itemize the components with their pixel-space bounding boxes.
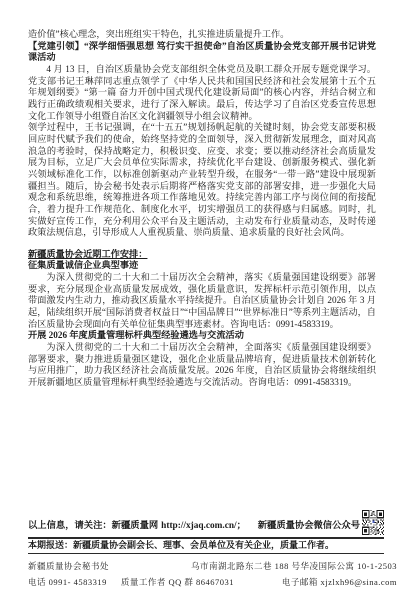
footer-contact-row-1: 新疆质量协会秘书处 乌市南湖北路东二巷 188 号华凌国际公寓 10-1-250… [28, 561, 397, 571]
section-heading-underline: 新疆质量协会近期工作安排： [28, 249, 376, 261]
follow-label: 以上信息，请关注：新疆质量网 [28, 520, 158, 532]
footer-contact-row-2: 电话 0991- 4583319 质量工作者 QQ 群 86467031 电子邮… [28, 577, 397, 587]
footer-follow-row: 以上信息，请关注：新疆质量网 http://xjaq.com.cn/； 新疆质量… [28, 520, 360, 532]
website-link[interactable]: http://xjaq.com.cn/； [161, 520, 246, 532]
footer-divider-bottom [28, 553, 384, 554]
section-heading: 征集质量诚信企业典型事迹 [28, 260, 376, 272]
newsletter-page: { "document": { "sections": [ {"type":"p… [0, 0, 401, 592]
office-phone: 电话 0991- 4583319 [28, 577, 107, 587]
qq-group: 质量工作者 QQ 群 86467031 [121, 577, 234, 587]
qr-code-icon [362, 510, 384, 535]
document-body: 造价值”核心理念，突出班组实干特色，扎实推进质量提升工作。【党建引领】“深学细悟… [28, 29, 376, 389]
paragraph: 造价值”核心理念，突出班组实干特色，扎实推进质量提升工作。 [28, 29, 376, 41]
underlined-heading-text: 新疆质量协会近期工作安排： [28, 249, 147, 259]
section-spacer [28, 239, 376, 249]
paragraph: 为深入贯彻党的二十大和二十届历次全会精神，落实《质量强国建设纲要》部署要求，充分… [28, 272, 376, 330]
section-heading: 【党建引领】“深学细悟强思想 笃行实干担使命”自治区质量协会党支部开展书记讲党课… [28, 41, 376, 64]
section-heading: 开展 2026 年度质量管理标杆典型经验遴选与交流活动 [28, 330, 376, 342]
office-email: 电子邮箱 xjzlxh96@sina.com [282, 577, 397, 587]
office-name: 新疆质量协会秘书处 [28, 561, 109, 571]
paragraph: 4 月 13 日，自治区质量协会党支部组织全体党员及职工群众开展专题党课学习。党… [28, 64, 376, 122]
paragraph: 领学过程中，王书记强调，在“十五五”规划扬帆起航的关键时刻，协会党支部要积极回应… [28, 122, 376, 239]
distribution-note: 本期报送：新疆质量协会副会长、理事、会员单位及有关企业，质量工作者。 [28, 540, 384, 551]
paragraph: 为深入贯彻党的二十大和二十届历次全会精神，全面落实《质量强国建设纲要》部署要求，… [28, 342, 376, 389]
footer-divider-top [28, 537, 384, 539]
wechat-label: 新疆质量协会微信公众号 [258, 520, 360, 532]
office-address: 乌市南湖北路东二巷 188 号华凌国际公寓 10-1-2503 [191, 561, 397, 571]
